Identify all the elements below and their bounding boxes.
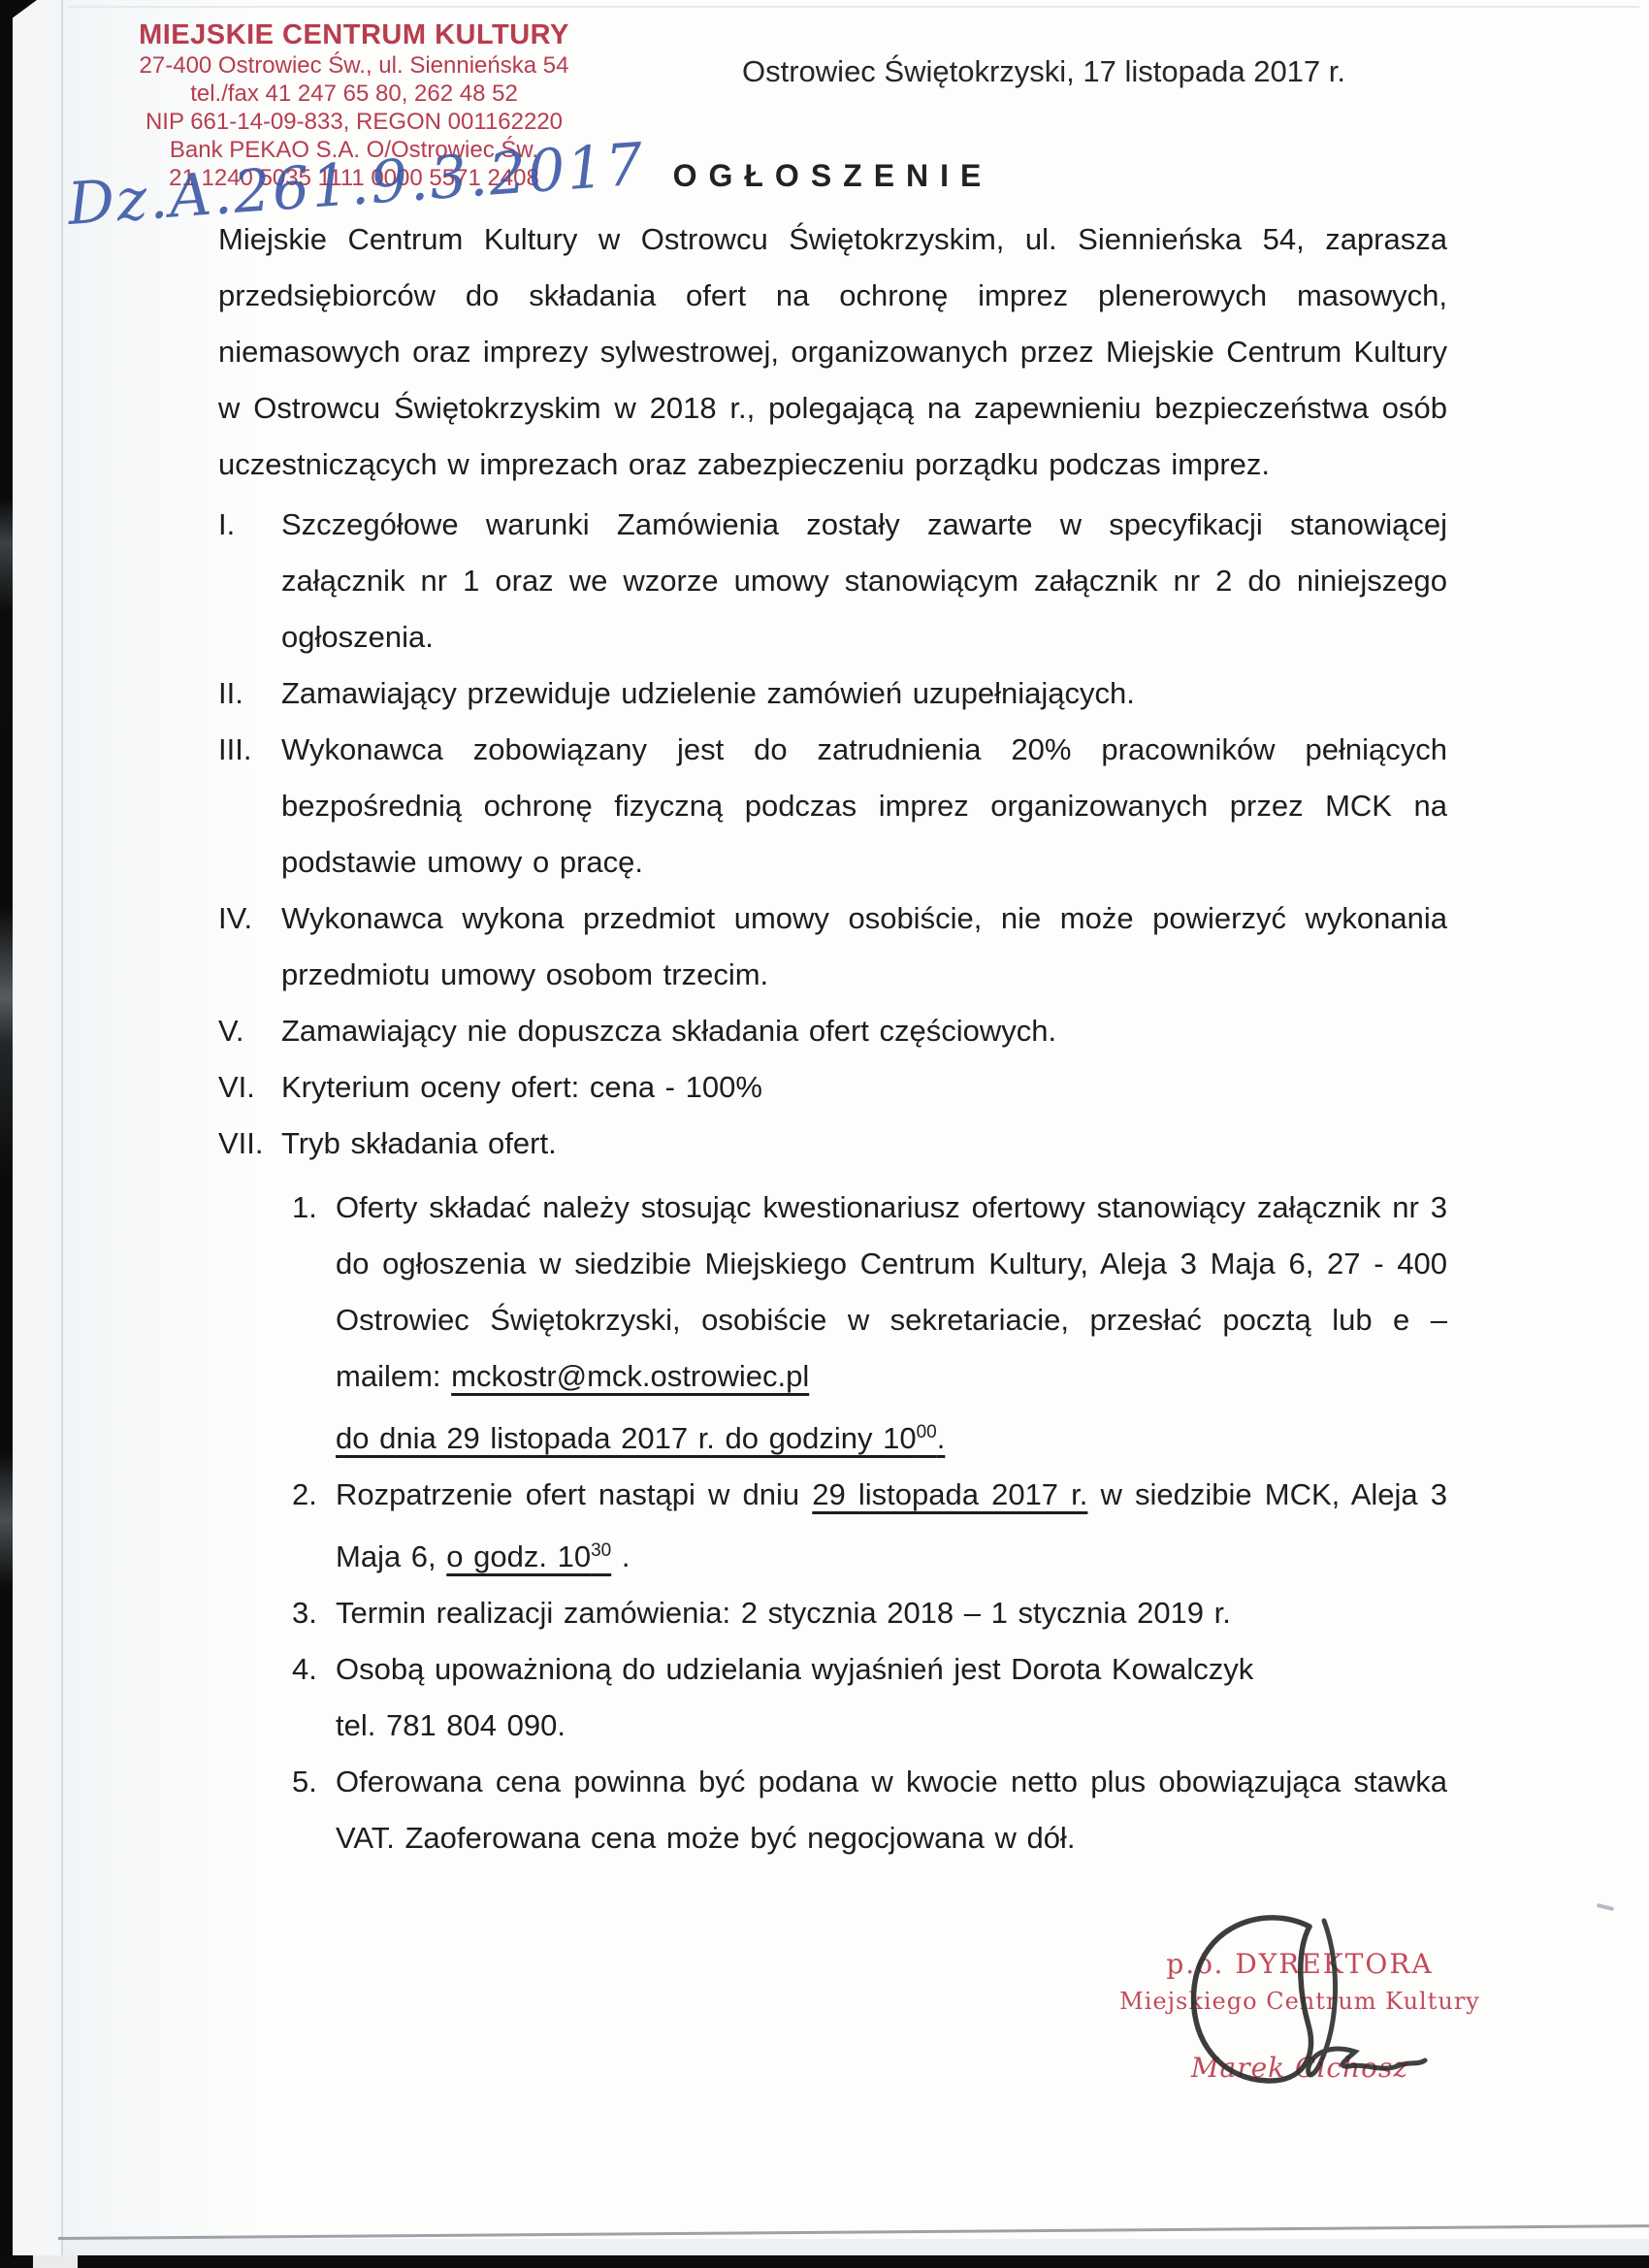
text-segment: Rozpatrzenie ofert nastąpi w dniu [336, 1477, 812, 1511]
item-number: 3. [292, 1585, 336, 1641]
item-text: Oferty składać należy stosując kwestiona… [336, 1180, 1447, 1467]
text-segment: Oferowana cena powinna być podana w kwoc… [336, 1765, 1447, 1855]
underlined-text: o godz. 1030 [446, 1539, 611, 1573]
page-left-margin-edge [13, 0, 63, 2268]
item-text: Rozpatrzenie ofert nastąpi w dniu 29 lis… [336, 1467, 1447, 1585]
numbered-item: 4. Osobą upoważnioną do udzielania wyjaś… [292, 1641, 1447, 1754]
letterhead-org-name: MIEJSKIE CENTRUM KULTURY [78, 21, 630, 49]
numbered-list: 1. Oferty składać należy stosując kwesti… [292, 1180, 1447, 1866]
roman-item: III. Wykonawca zobowiązany jest do zatru… [218, 722, 1447, 891]
item-text: Termin realizacji zamówienia: 2 stycznia… [336, 1585, 1447, 1641]
item-text: Szczegółowe warunki Zamówienia zostały z… [281, 497, 1447, 665]
roman-item: VII. Tryb składania ofert. [218, 1116, 1447, 1172]
roman-item: II. Zamawiający przewiduje udzielenie za… [218, 665, 1447, 722]
item-text: Oferowana cena powinna być podana w kwoc… [336, 1754, 1447, 1866]
intro-paragraph: Miejskie Centrum Kultury w Ostrowcu Świę… [218, 211, 1447, 493]
item-text: Zamawiający przewiduje udzielenie zamówi… [281, 665, 1447, 722]
scan-edge-bottom [0, 2255, 1649, 2268]
item-number: 5. [292, 1754, 336, 1866]
text-segment: . [611, 1539, 630, 1573]
scan-artifact [1597, 1903, 1614, 1911]
item-number: 1. [292, 1180, 336, 1467]
roman-numeral-list: I. Szczegółowe warunki Zamówienia został… [218, 497, 1447, 1172]
roman-item: I. Szczegółowe warunki Zamówienia został… [218, 497, 1447, 665]
underlined-text: 29 listopada 2017 r. [812, 1477, 1087, 1511]
superscript-text: 30 [591, 1540, 611, 1561]
underlined-text: do dnia 29 listopada 2017 r. do godziny … [336, 1421, 945, 1455]
item-text: Kryterium oceny ofert: cena - 100% [281, 1059, 1447, 1116]
text-segment: . [937, 1421, 946, 1455]
item-number: 2. [292, 1467, 336, 1585]
page-bottom-band [0, 2239, 1649, 2255]
item-number: 4. [292, 1641, 336, 1754]
roman-item: IV. Wykonawca wykona przedmiot umowy oso… [218, 891, 1447, 1003]
item-number: III. [218, 722, 281, 891]
text-segment: mckostr@mck.ostrowiec.pl [451, 1359, 809, 1393]
roman-item: VI. Kryterium oceny ofert: cena - 100% [218, 1059, 1447, 1116]
scanned-document: MIEJSKIE CENTRUM KULTURY 27-400 Ostrowie… [0, 0, 1649, 2268]
scan-corner-mark [0, 0, 37, 27]
item-text: Osobą upoważnioną do udzielania wyjaśnie… [336, 1641, 1447, 1754]
item-number: II. [218, 665, 281, 722]
item-number: VII. [218, 1116, 281, 1172]
numbered-item: 1. Oferty składać należy stosując kwesti… [292, 1180, 1447, 1467]
item-number: IV. [218, 891, 281, 1003]
letterhead-phone: tel./fax 41 247 65 80, 262 48 52 [78, 80, 630, 108]
text-segment: do dnia 29 listopada 2017 r. do godziny … [336, 1421, 917, 1455]
scan-top-edge [68, 6, 1639, 8]
numbered-item: 3. Termin realizacji zamówienia: 2 stycz… [292, 1585, 1447, 1641]
page-bottom-edge [58, 2224, 1649, 2240]
text-segment: 29 listopada 2017 r. [812, 1477, 1087, 1511]
handwritten-signature-paraph [1179, 1913, 1431, 2097]
scan-edge-left [0, 0, 13, 2268]
text-segment: Osobą upoważnioną do udzielania wyjaśnie… [336, 1652, 1253, 1686]
item-number: I. [218, 497, 281, 665]
scan-edge-bottom-notch [33, 2255, 78, 2268]
letterhead-address: 27-400 Ostrowiec Św., ul. Siennieńska 54 [78, 51, 630, 80]
item-text: Wykonawca zobowiązany jest do zatrudnien… [281, 722, 1447, 891]
text-segment: o godz. 10 [446, 1539, 591, 1573]
email-text: mckostr@mck.ostrowiec.pl [451, 1359, 809, 1393]
dateline: Ostrowiec Świętokrzyski, 17 listopada 20… [742, 54, 1345, 89]
text-segment: Termin realizacji zamówienia: 2 stycznia… [336, 1596, 1231, 1630]
item-text: Wykonawca wykona przedmiot umowy osobiśc… [281, 891, 1447, 1003]
text-segment: tel. 781 804 090. [336, 1708, 566, 1742]
superscript-text: 00 [917, 1422, 937, 1442]
item-number: VI. [218, 1059, 281, 1116]
item-text: Zamawiający nie dopuszcza składania ofer… [281, 1003, 1447, 1059]
numbered-item: 2. Rozpatrzenie ofert nastąpi w dniu 29 … [292, 1467, 1447, 1585]
numbered-item: 5. Oferowana cena powinna być podana w k… [292, 1754, 1447, 1866]
letterhead-registration: NIP 661-14-09-833, REGON 001162220 [78, 108, 630, 136]
roman-item: V. Zamawiający nie dopuszcza składania o… [218, 1003, 1447, 1059]
item-number: V. [218, 1003, 281, 1059]
document-body: Miejskie Centrum Kultury w Ostrowcu Świę… [218, 211, 1447, 1866]
item-text: Tryb składania ofert. [281, 1116, 1447, 1172]
